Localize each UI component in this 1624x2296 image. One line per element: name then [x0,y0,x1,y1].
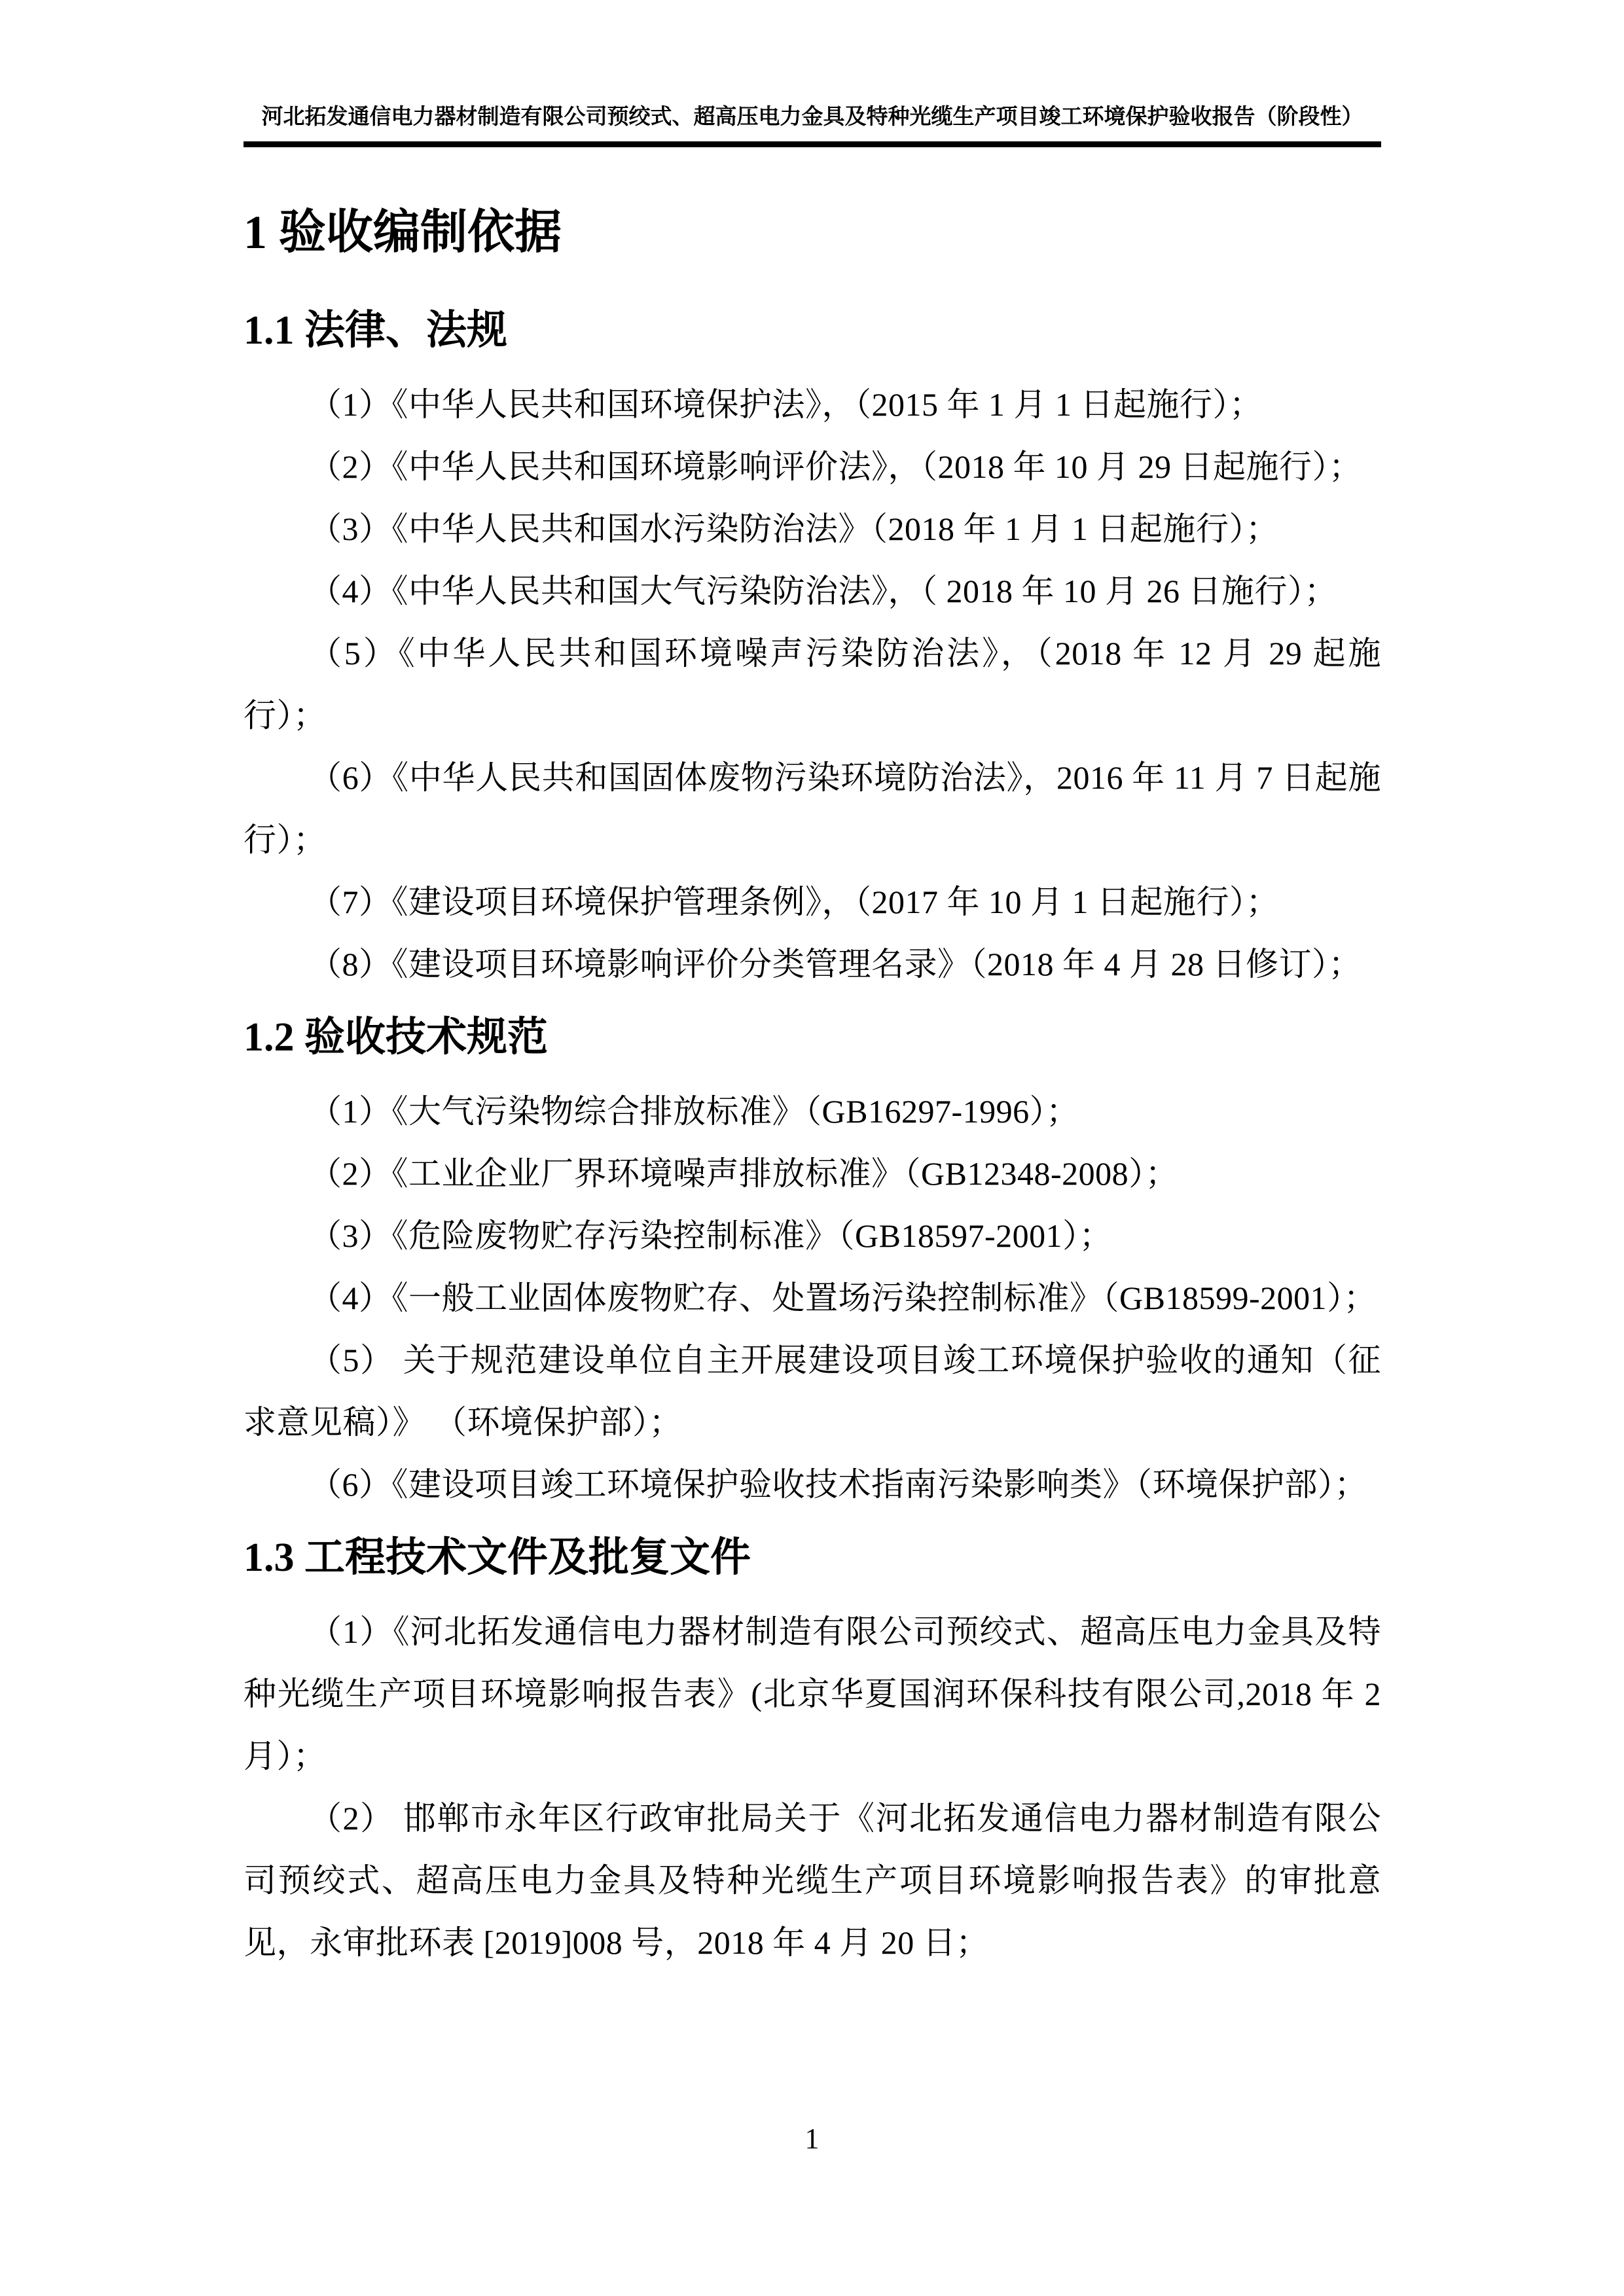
paragraph: （1）《大气污染物综合排放标准》（GB16297-1996）； [244,1081,1381,1143]
section-1-1-items: （1）《中华人民共和国环境保护法》，（2015 年 1 月 1 日起施行）；（2… [244,374,1381,996]
paragraph: （2）《工业企业厂界环境噪声排放标准》（GB12348-2008）； [244,1143,1381,1205]
paragraph: （3）《危险废物贮存污染控制标准》（GB18597-2001）； [244,1205,1381,1267]
chapter-title: 1 验收编制依据 [244,204,1381,260]
paragraph: （6）《建设项目竣工环境保护验收技术指南污染影响类》（环境保护部）； [244,1454,1381,1516]
section-1-3-items: （1）《河北拓发通信电力器材制造有限公司预绞式、超高压电力金具及特种光缆生产项目… [244,1601,1381,1974]
paragraph: （2） 邯郸市永年区行政审批局关于《河北拓发通信电力器材制造有限公司预绞式、超高… [244,1787,1381,1974]
paragraph: （4）《一般工业固体废物贮存、处置场污染控制标准》（GB18599-2001）； [244,1267,1381,1329]
paragraph: （1）《中华人民共和国环境保护法》，（2015 年 1 月 1 日起施行）； [244,374,1381,436]
section-heading-1-2: 1.2 验收技术规范 [244,1013,1381,1062]
paragraph: （6）《中华人民共和国固体废物污染环境防治法》，2016 年 11 月 7 日起… [244,747,1381,871]
document-body: 1 验收编制依据 1.1 法律、法规 （1）《中华人民共和国环境保护法》，（20… [244,196,1381,1974]
page-header: 河北拓发通信电力器材制造有限公司预绞式、超高压电力金具及特种光缆生产项目竣工环境… [244,103,1381,147]
paragraph: （5）《中华人民共和国环境噪声污染防治法》，（2018 年 12 月 29 起施… [244,622,1381,747]
page-number: 1 [0,2119,1624,2159]
document-page: 河北拓发通信电力器材制造有限公司预绞式、超高压电力金具及特种光缆生产项目竣工环境… [0,0,1624,2296]
paragraph: （8）《建设项目环境影响评价分类管理名录》（2018 年 4 月 28 日修订）… [244,933,1381,996]
paragraph: （1）《河北拓发通信电力器材制造有限公司预绞式、超高压电力金具及特种光缆生产项目… [244,1601,1381,1787]
section-1-2-items: （1）《大气污染物综合排放标准》（GB16297-1996）；（2）《工业企业厂… [244,1081,1381,1516]
paragraph: （3）《中华人民共和国水污染防治法》（2018 年 1 月 1 日起施行）； [244,498,1381,560]
paragraph: （2）《中华人民共和国环境影响评价法》，（2018 年 10 月 29 日起施行… [244,436,1381,498]
section-heading-1-3: 1.3 工程技术文件及批复文件 [244,1533,1381,1583]
paragraph: （5） 关于规范建设单位自主开展建设项目竣工环境保护验收的通知（征求意见稿）》 … [244,1329,1381,1454]
paragraph: （7）《建设项目环境保护管理条例》，（2017 年 10 月 1 日起施行）； [244,871,1381,933]
section-heading-1-1: 1.1 法律、法规 [244,306,1381,355]
paragraph: （4）《中华人民共和国大气污染防治法》，（ 2018 年 10 月 26 日施行… [244,560,1381,622]
